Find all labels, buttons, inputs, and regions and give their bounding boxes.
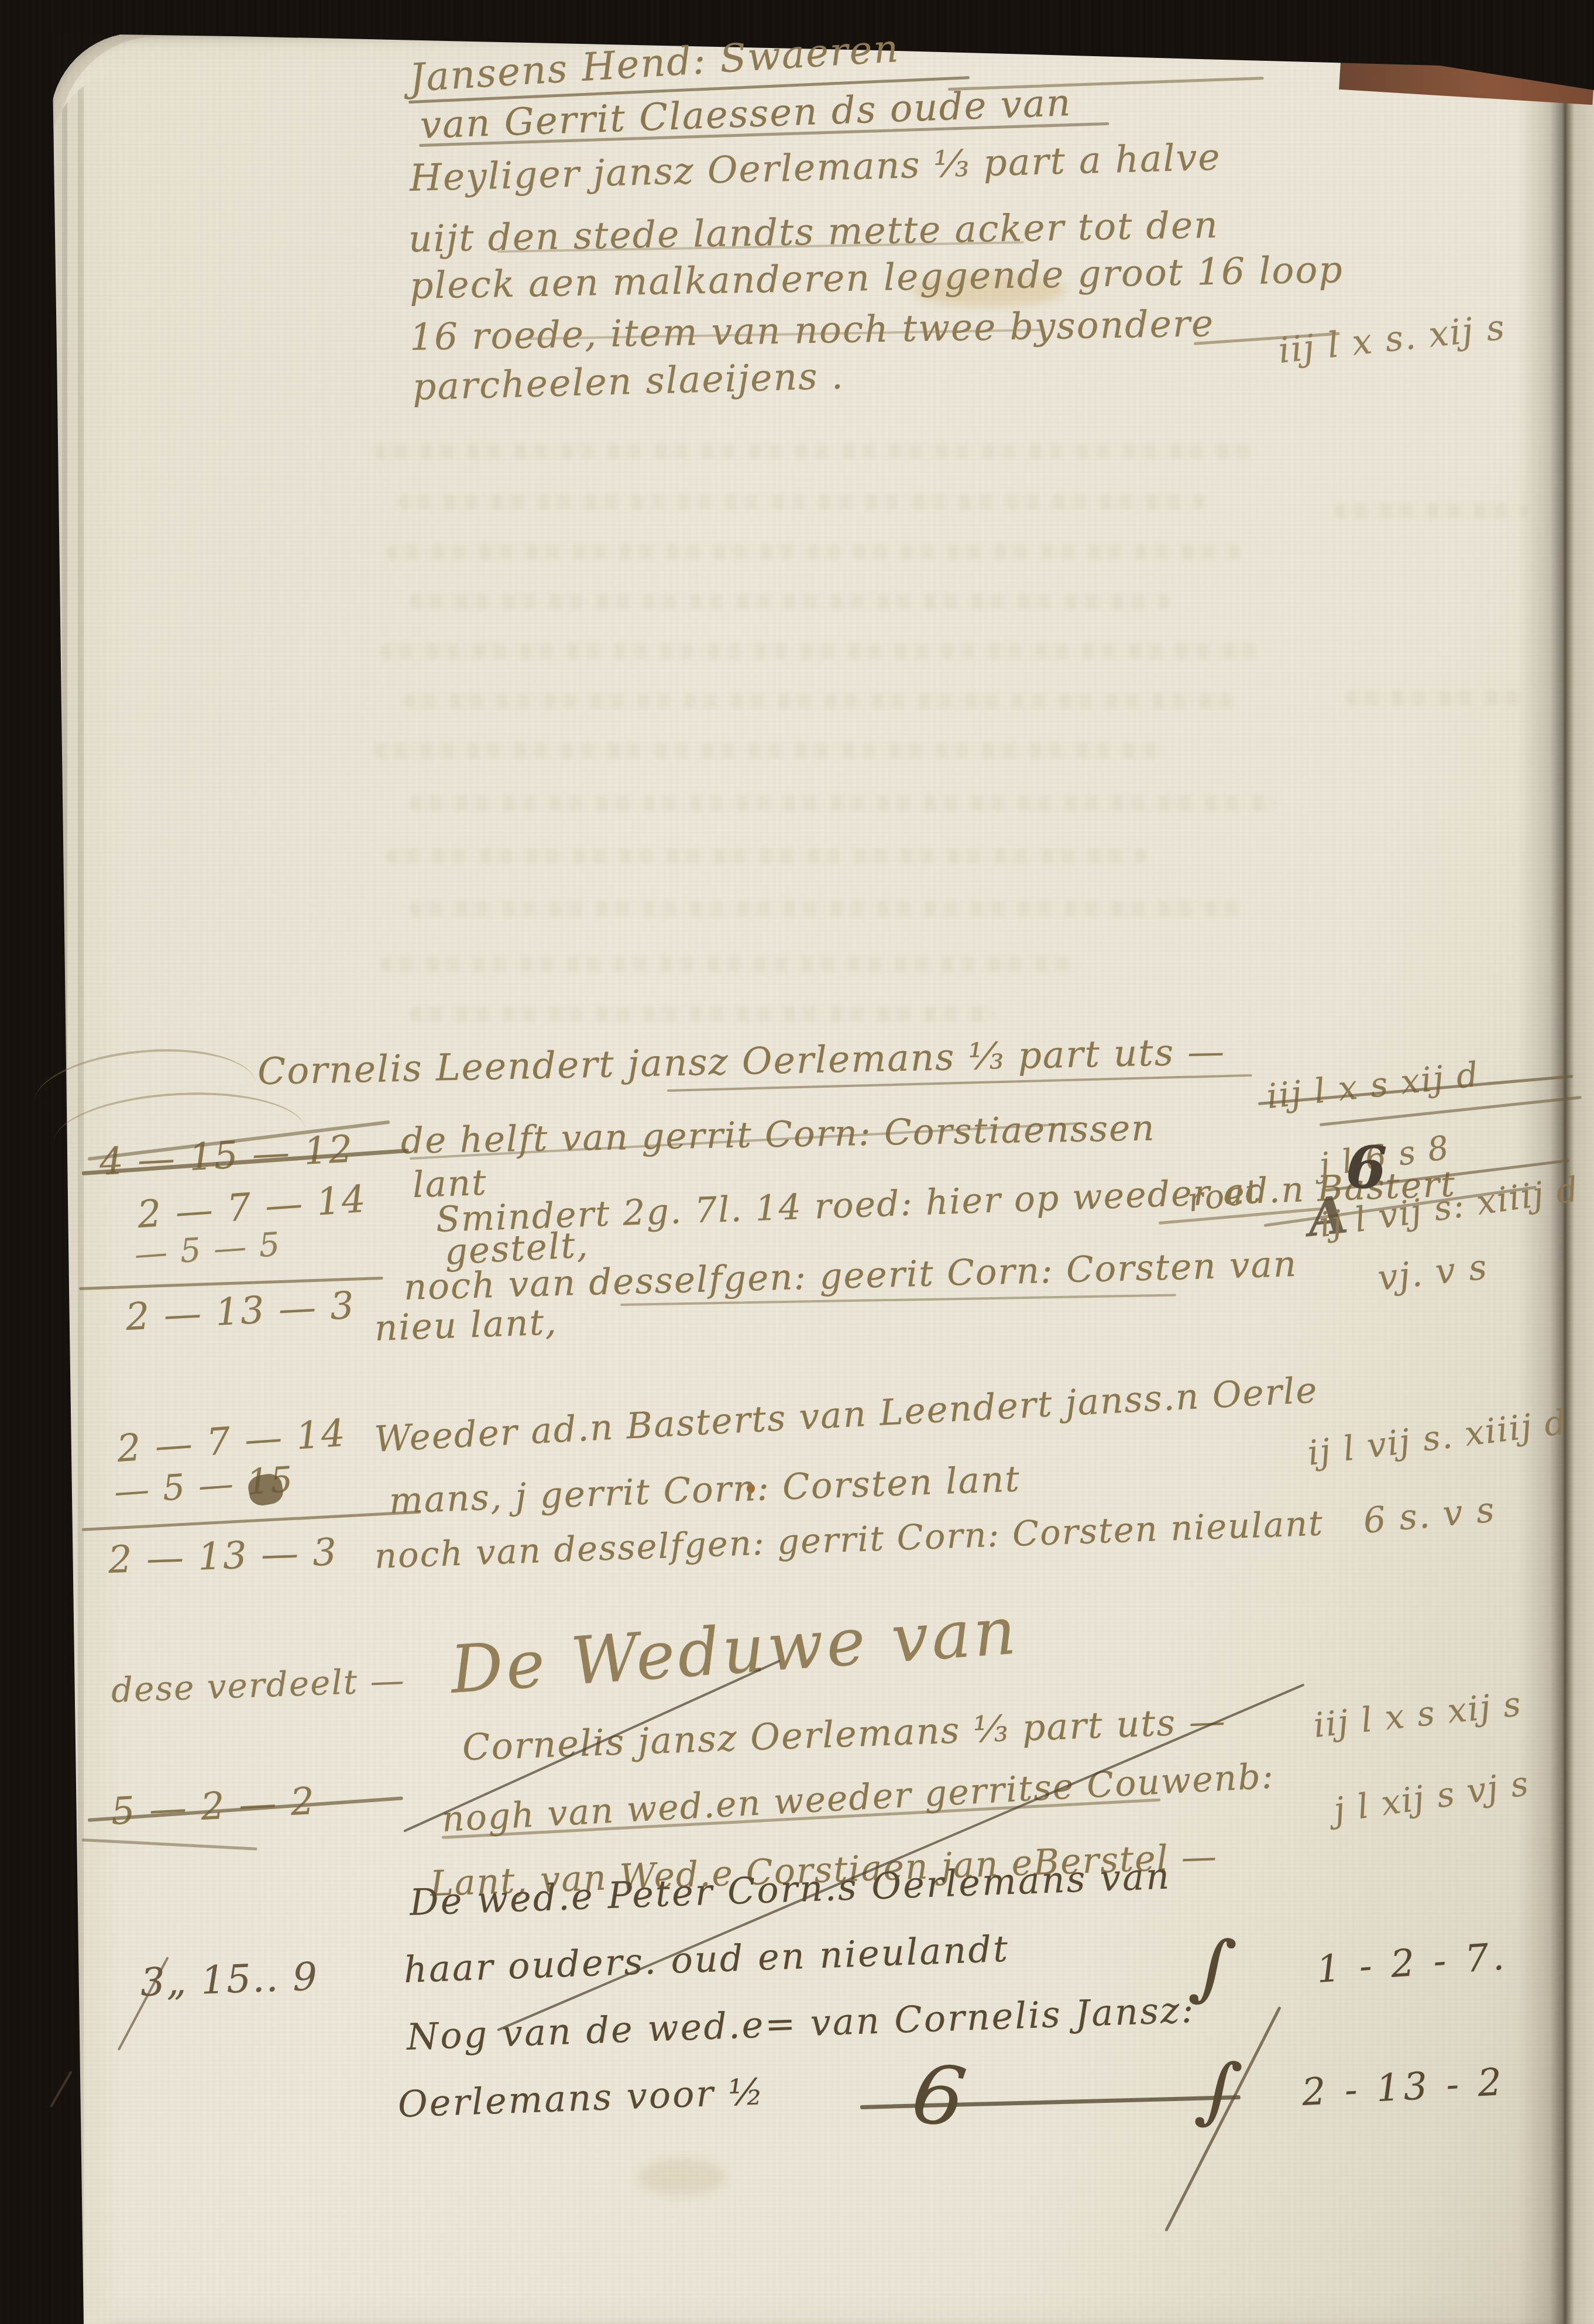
bleedthrough-line	[404, 693, 1235, 709]
bleedthrough-line	[375, 743, 1164, 758]
bleedthrough-line	[380, 644, 1258, 659]
foxing-spot	[638, 2159, 726, 2195]
bleedthrough-line	[398, 494, 1205, 510]
margin-number: 2 — 13 — 3	[108, 1531, 339, 1582]
bleedthrough-line	[1334, 503, 1527, 518]
bleedthrough-line	[410, 594, 1170, 609]
bleedthrough-line	[410, 1006, 995, 1022]
bleedthrough-line	[386, 544, 1241, 559]
bleedthrough-line	[410, 796, 1276, 811]
bleedthrough-line	[380, 957, 1083, 972]
scanned-manuscript-page: Jansens Hend: Swaeren van Gerrit Claesse…	[0, 0, 1594, 2324]
bleedthrough-line	[375, 444, 1252, 459]
overwritten-digit: 6	[1345, 1132, 1389, 1202]
entry-line: nieu lant,	[374, 1301, 558, 1349]
bleedthrough-line	[386, 848, 1147, 864]
bleedthrough-line	[1346, 690, 1521, 706]
bleedthrough-line	[410, 901, 1241, 916]
